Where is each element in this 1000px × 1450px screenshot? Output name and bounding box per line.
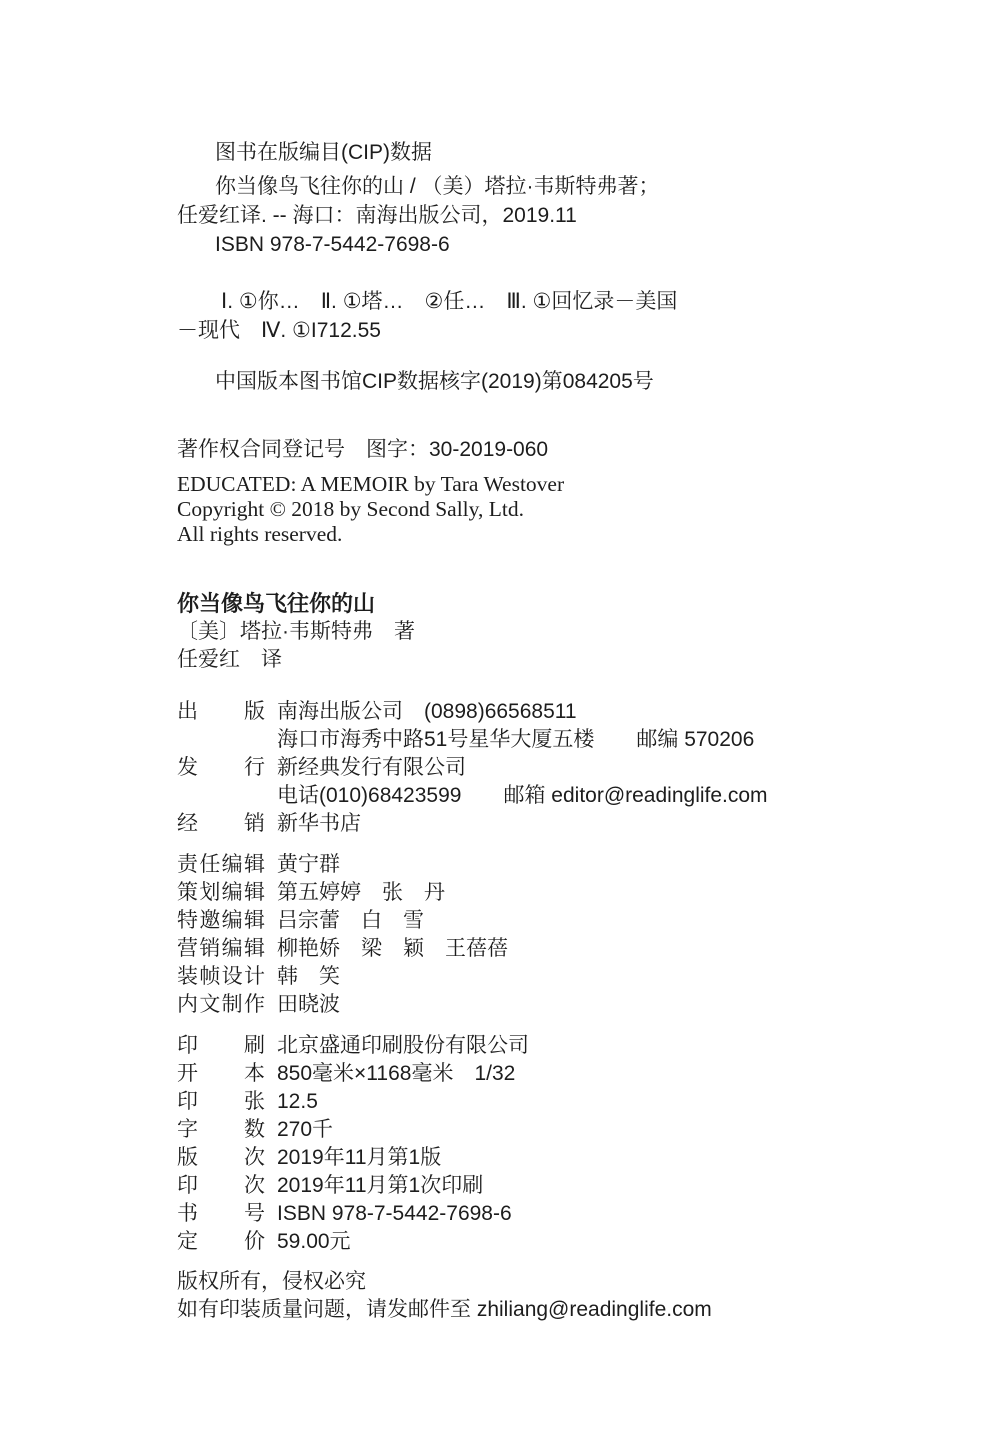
planning-editor-label: 策划编辑: [177, 879, 265, 907]
design-value: 韩 笑: [277, 965, 340, 988]
guest-editor-value: 吕宗蕾 白 雪: [277, 909, 424, 932]
word-count-value: 270千: [277, 1118, 333, 1141]
word-count-label: 字数: [177, 1116, 265, 1144]
design-label: 装帧设计: [177, 963, 265, 991]
responsible-editor-row: 责任编辑黄宁群: [177, 851, 970, 879]
cip-title-line: 你当像鸟飞往你的山 / （美）塔拉·韦斯特弗著；: [177, 172, 970, 201]
price-label: 定价: [177, 1228, 265, 1256]
book-number-row: 书号ISBN 978-7-5442-7698-6: [177, 1200, 970, 1228]
price-value: 59.00元: [277, 1230, 351, 1253]
marketing-editor-value: 柳艳娇 梁 颖 王蓓蓓: [277, 937, 508, 960]
legal-notice-block: 版权所有，侵权必究 如有印装质量问题，请发邮件至 zhiliang@readin…: [177, 1268, 970, 1324]
edition-value: 2019年11月第1版: [277, 1146, 441, 1169]
publisher-row: 出版南海出版公司 (0898)66568511: [177, 698, 970, 726]
book-number-value: ISBN 978-7-5442-7698-6: [277, 1202, 512, 1225]
typesetting-row: 内文制作田晓波: [177, 991, 970, 1019]
cip-classification-line-2: －现代 Ⅳ. ①I712.55: [177, 316, 970, 345]
distributor-value: 新经典发行有限公司: [277, 756, 466, 779]
typesetting-value: 田晓波: [277, 993, 340, 1016]
retailer-row: 经销新华书店: [177, 810, 970, 838]
impression-label: 印次: [177, 1172, 265, 1200]
english-copyright-line-2: Copyright © 2018 by Second Sally, Ltd.: [177, 497, 970, 522]
colophon-title-block: 你当像鸟飞往你的山 〔美〕塔拉·韦斯特弗 著 任爱红 译: [177, 590, 970, 674]
printer-row: 印刷北京盛通印刷股份有限公司: [177, 1032, 970, 1060]
book-title: 你当像鸟飞往你的山: [177, 590, 970, 618]
design-row: 装帧设计韩 笑: [177, 963, 970, 991]
retailer-label: 经销: [177, 810, 265, 838]
printing-info-block: 印刷北京盛通印刷股份有限公司 开本850毫米×1168毫米 1/32 印张12.…: [177, 1032, 970, 1256]
cip-origin-line: 任爱红译. -- 海口：南海出版公司，2019.11: [177, 201, 970, 230]
sheets-label: 印张: [177, 1088, 265, 1116]
impression-row: 印次2019年11月第1次印刷: [177, 1172, 970, 1200]
price-row: 定价59.00元: [177, 1228, 970, 1256]
format-value: 850毫米×1168毫米 1/32: [277, 1062, 515, 1085]
sheets-value: 12.5: [277, 1090, 318, 1113]
publication-info-block: 出版南海出版公司 (0898)66568511 海口市海秀中路51号星华大厦五楼…: [177, 698, 970, 838]
copyright-page: 图书在版编目(CIP)数据 你当像鸟飞往你的山 / （美）塔拉·韦斯特弗著； 任…: [0, 0, 1000, 1450]
english-copyright-line-3: All rights reserved.: [177, 522, 970, 547]
guest-editor-row: 特邀编辑吕宗蕾 白 雪: [177, 907, 970, 935]
marketing-editor-label: 营销编辑: [177, 935, 265, 963]
book-number-label: 书号: [177, 1200, 265, 1228]
edition-label: 版次: [177, 1144, 265, 1172]
sheets-row: 印张12.5: [177, 1088, 970, 1116]
cip-isbn-line: ISBN 978-7-5442-7698-6: [177, 230, 970, 259]
publisher-label: 出版: [177, 698, 265, 726]
distributor-label: 发行: [177, 754, 265, 782]
typesetting-label: 内文制作: [177, 991, 265, 1019]
printer-value: 北京盛通印刷股份有限公司: [277, 1034, 529, 1057]
book-author: 〔美〕塔拉·韦斯特弗 著: [177, 618, 970, 646]
cip-header: 图书在版编目(CIP)数据: [177, 138, 970, 167]
planning-editor-row: 策划编辑第五婷婷 张 丹: [177, 879, 970, 907]
english-copyright-line-1: EDUCATED: A MEMOIR by Tara Westover: [177, 472, 970, 497]
impression-value: 2019年11月第1次印刷: [277, 1174, 483, 1197]
retailer-value: 新华书店: [277, 812, 361, 835]
cip-data-block: 图书在版编目(CIP)数据 你当像鸟飞往你的山 / （美）塔拉·韦斯特弗著； 任…: [177, 138, 970, 396]
distributor-contact-row: 电话(010)68423599 邮箱 editor@readinglife.co…: [177, 782, 970, 810]
editorial-staff-block: 责任编辑黄宁群 策划编辑第五婷婷 张 丹 特邀编辑吕宗蕾 白 雪 营销编辑柳艳娇…: [177, 851, 970, 1019]
rights-notice: 版权所有，侵权必究: [177, 1268, 970, 1296]
copyright-registration-line: 著作权合同登记号 图字：30-2019-060: [177, 436, 970, 464]
format-row: 开本850毫米×1168毫米 1/32: [177, 1060, 970, 1088]
format-label: 开本: [177, 1060, 265, 1088]
printer-label: 印刷: [177, 1032, 265, 1060]
cip-classification-line-1: Ⅰ. ①你… Ⅱ. ①塔… ②任… Ⅲ. ①回忆录－美国: [177, 287, 970, 316]
guest-editor-label: 特邀编辑: [177, 907, 265, 935]
publisher-address-row: 海口市海秀中路51号星华大厦五楼 邮编 570206: [177, 726, 970, 754]
edition-row: 版次2019年11月第1版: [177, 1144, 970, 1172]
responsible-editor-value: 黄宁群: [277, 853, 340, 876]
marketing-editor-row: 营销编辑柳艳娇 梁 颖 王蓓蓓: [177, 935, 970, 963]
cip-record-number: 中国版本图书馆CIP数据核字(2019)第084205号: [177, 367, 970, 396]
word-count-row: 字数270千: [177, 1116, 970, 1144]
publisher-value: 南海出版公司 (0898)66568511: [277, 700, 577, 723]
planning-editor-value: 第五婷婷 张 丹: [277, 881, 445, 904]
quality-notice: 如有印装质量问题，请发邮件至 zhiliang@readinglife.com: [177, 1296, 970, 1324]
english-copyright-block: EDUCATED: A MEMOIR by Tara Westover Copy…: [177, 472, 970, 547]
book-translator: 任爱红 译: [177, 646, 970, 674]
responsible-editor-label: 责任编辑: [177, 851, 265, 879]
distributor-row: 发行新经典发行有限公司: [177, 754, 970, 782]
